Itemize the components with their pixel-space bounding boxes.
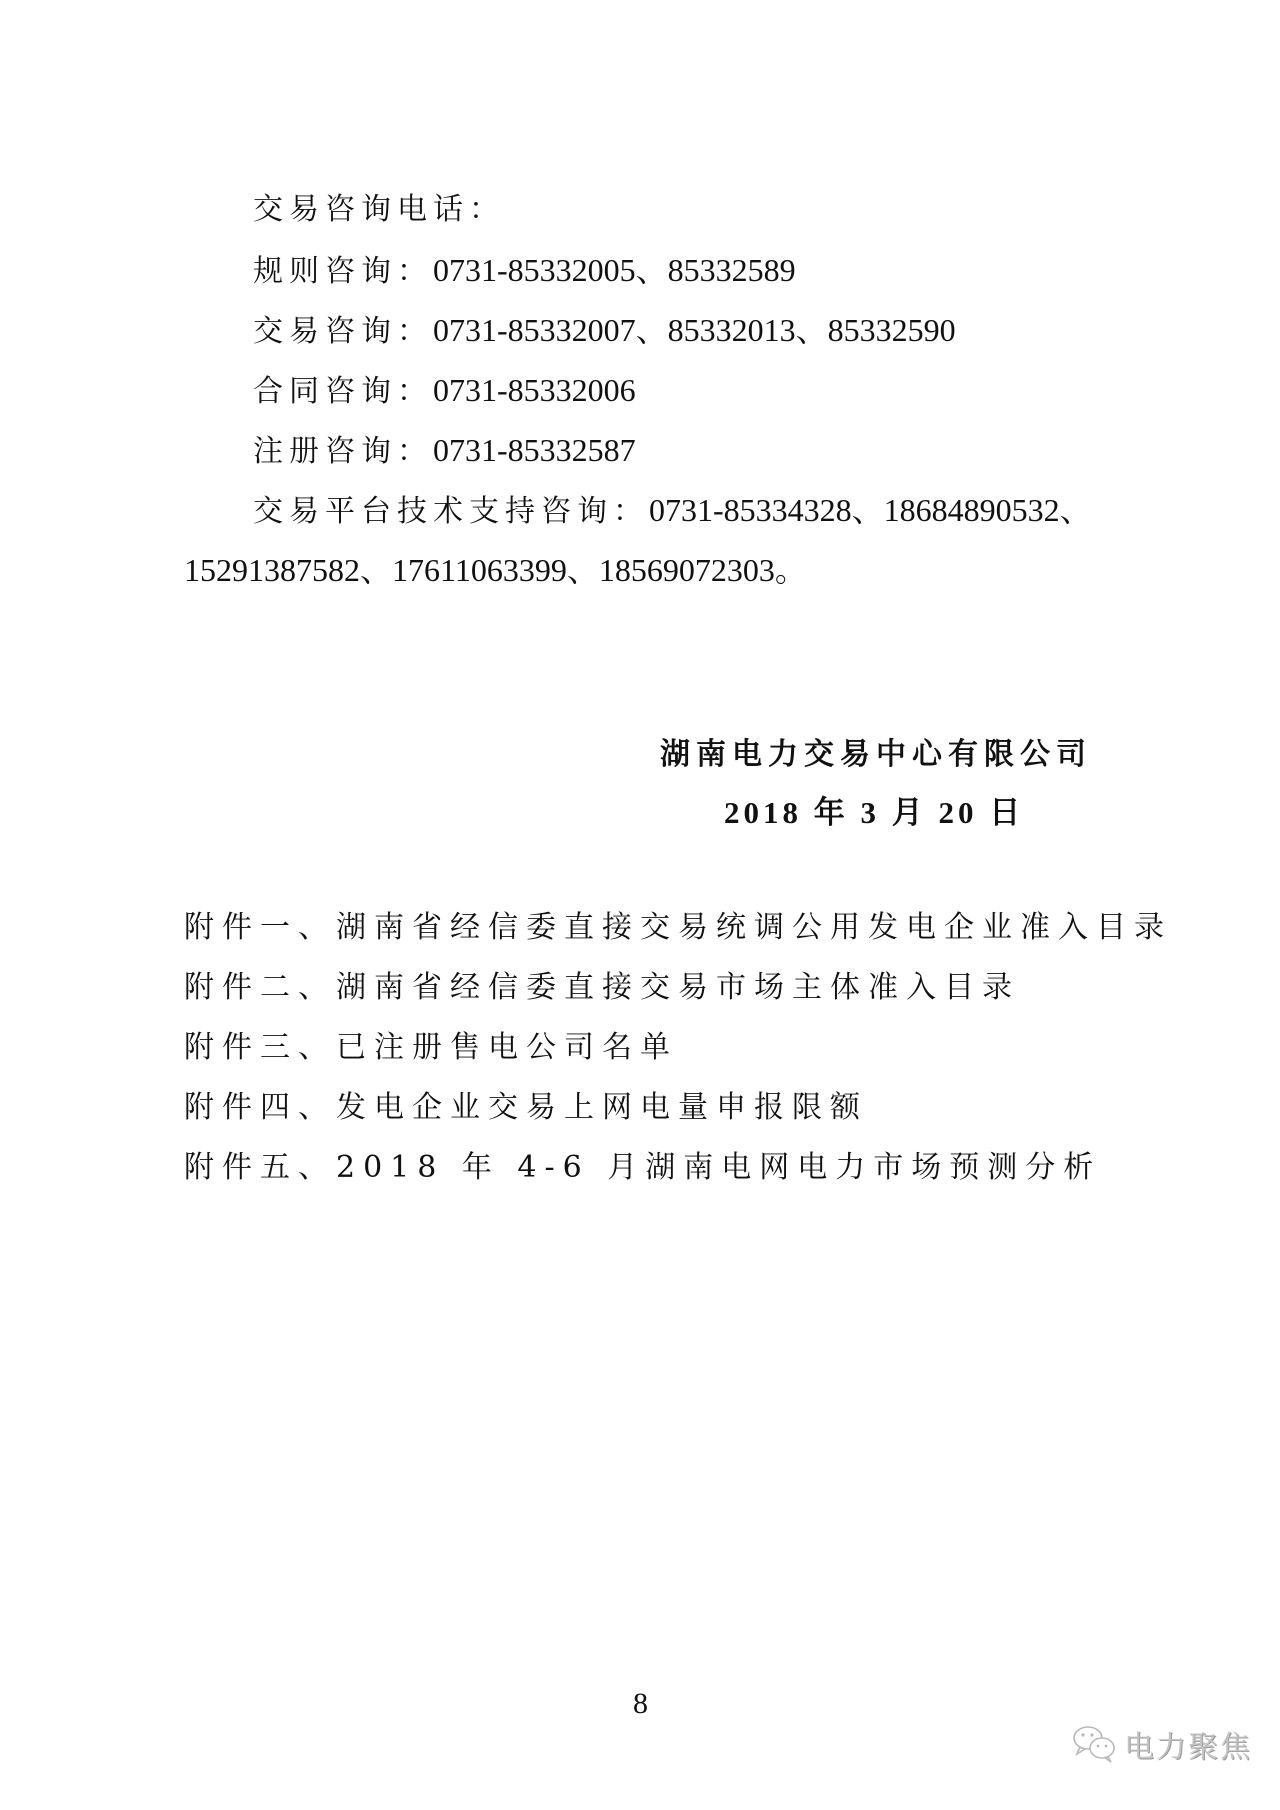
contact-phone: 0731-85332006: [433, 372, 636, 408]
attachment-item: 附件五、2018 年 4-6 月湖南电网电力市场预测分析: [184, 1150, 1101, 1186]
contact-phone: 0731-85332005、85332589: [433, 252, 796, 288]
page-number: 8: [633, 1686, 648, 1722]
contact-line-contract: 合同咨询：0731-85332006: [253, 372, 636, 410]
signature-organization: 湖南电力交易中心有限公司: [660, 737, 1092, 773]
wechat-icon: [1072, 1724, 1118, 1764]
contact-line-tech-support: 交易平台技术支持咨询：0731-85334328、18684890532、: [253, 492, 1092, 530]
watermark: 电力聚焦: [1072, 1722, 1252, 1766]
contact-phone: 0731-85334328、18684890532、: [649, 492, 1092, 528]
contact-label: 交易咨询：: [253, 314, 433, 349]
contact-phone: 0731-85332007、85332013、85332590: [433, 312, 956, 348]
attachment-item: 附件四、发电企业交易上网电量申报限额: [184, 1090, 868, 1126]
contact-label: 规则咨询：: [253, 254, 433, 289]
signature-date: 2018 年 3 月 20 日: [724, 795, 1024, 831]
attachment-item: 附件三、已注册售电公司名单: [184, 1030, 678, 1066]
contact-line-trading: 交易咨询：0731-85332007、85332013、85332590: [253, 312, 956, 350]
document-page: 交易咨询电话： 规则咨询：0731-85332005、85332589 交易咨询…: [0, 0, 1280, 1810]
contact-label: 交易平台技术支持咨询：: [253, 494, 649, 529]
contacts-heading-text: 交易咨询电话：: [253, 192, 505, 227]
attachment-item: 附件二、湖南省经信委直接交易市场主体准入目录: [184, 970, 1020, 1006]
contact-phone: 15291387582、17611063399、18569072303。: [184, 552, 807, 588]
contact-phone: 0731-85332587: [433, 432, 636, 468]
attachment-item: 附件一、湖南省经信委直接交易统调公用发电企业准入目录: [184, 910, 1172, 946]
watermark-text: 电力聚焦: [1124, 1722, 1252, 1766]
contacts-heading: 交易咨询电话：: [253, 192, 505, 228]
contact-label: 合同咨询：: [253, 374, 433, 409]
contact-line-rules: 规则咨询：0731-85332005、85332589: [253, 252, 796, 290]
contact-label: 注册咨询：: [253, 434, 433, 469]
contact-line-tech-support-continuation: 15291387582、17611063399、18569072303。: [184, 552, 807, 590]
contact-line-registration: 注册咨询：0731-85332587: [253, 432, 636, 470]
